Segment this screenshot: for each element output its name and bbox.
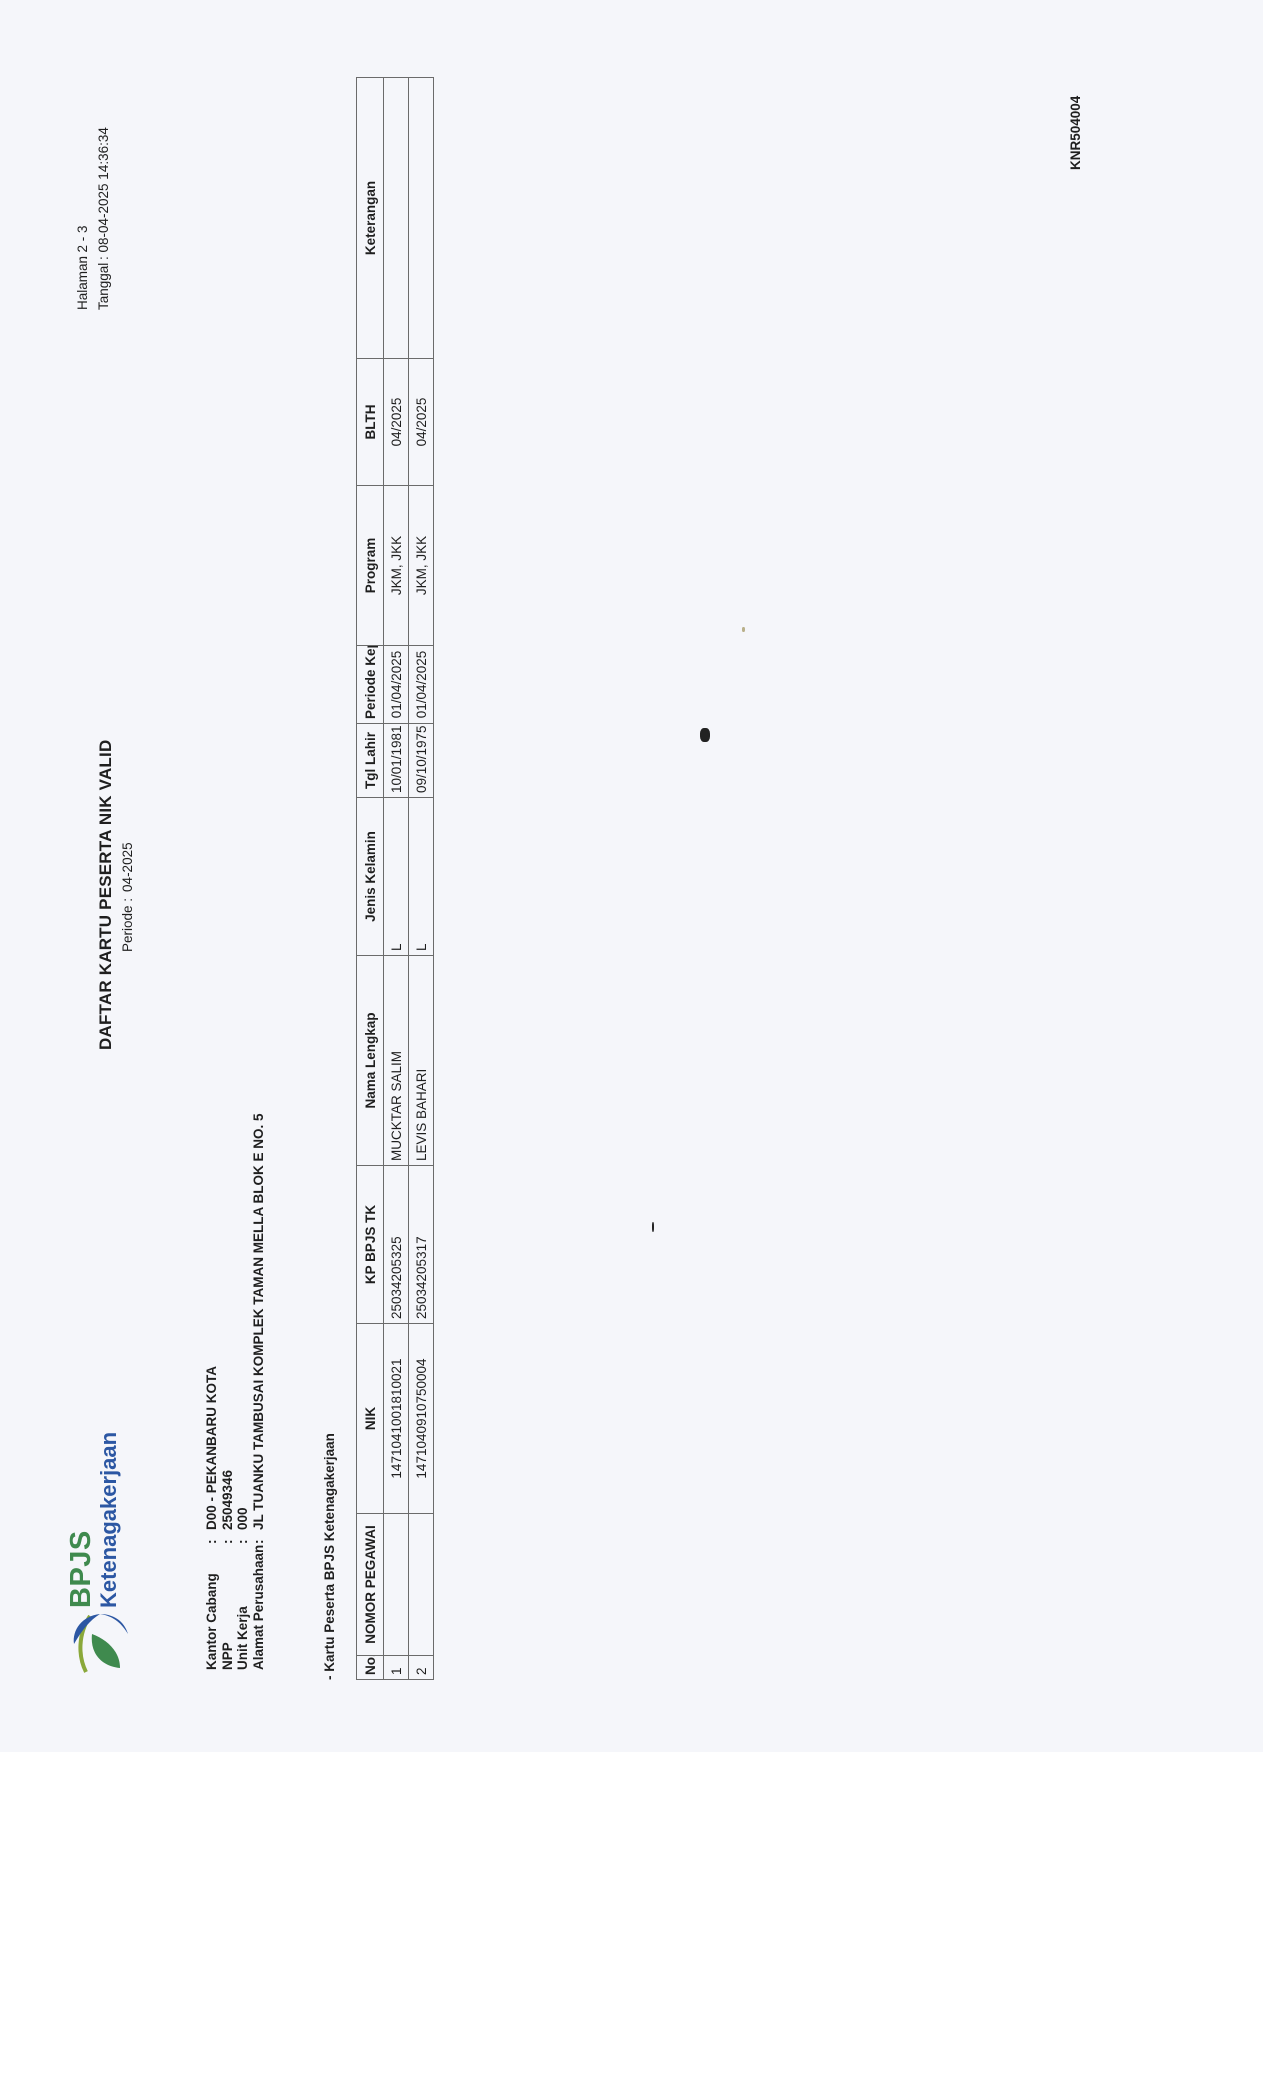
halaman-value: : 2 - 3 <box>75 225 90 260</box>
company-info: Kantor Cabang : D00 - PEKANBARU KOTA NPP… <box>204 1114 266 1671</box>
cell-nik: 1471040910750004 <box>409 1324 434 1514</box>
tanggal-row: Tanggal: 08-04-2025 14:36:34 <box>93 127 114 310</box>
col-header-blth: BLTH <box>357 359 384 486</box>
col-header-keterangan: Keterangan <box>357 78 384 359</box>
table-row: 2 1471040910750004 25034205317 LEVIS BAH… <box>409 78 434 1680</box>
bpjs-logo: BPJS Ketenagakerjaan <box>64 1374 136 1674</box>
scan-smudge <box>700 728 710 742</box>
cell-blth: 04/2025 <box>384 359 409 486</box>
info-separator: : <box>235 1530 251 1544</box>
col-header-nomor-pegawai: NOMOR PEGAWAI <box>357 1514 384 1656</box>
periode: Periode :04-2025 <box>120 842 135 952</box>
info-label: Alamat Perusahaan <box>251 1544 267 1670</box>
info-value: 25049346 <box>220 1470 236 1530</box>
halaman-row: Halaman: 2 - 3 <box>72 127 93 310</box>
cell-keterangan <box>409 78 434 359</box>
cell-tgl-lahir: 10/01/1981 <box>384 724 409 798</box>
cell-nomor-pegawai <box>409 1514 434 1656</box>
col-header-program: Program <box>357 486 384 646</box>
bpjs-leaf-icon <box>70 1612 130 1674</box>
tanggal-label: Tanggal <box>93 260 114 310</box>
scan-mark <box>652 1222 654 1232</box>
section-label: - Kartu Peserta BPJS Ketenagakerjaan <box>322 1433 337 1680</box>
info-label: NPP <box>220 1544 236 1670</box>
cell-program: JKM, JKK <box>409 486 434 646</box>
cell-nik: 1471041001810021 <box>384 1324 409 1514</box>
col-header-nama-lengkap: Nama Lengkap <box>357 956 384 1166</box>
cell-periode-keps: 01/04/2025 <box>409 646 434 724</box>
info-row-npp: NPP : 25049346 <box>220 1114 236 1671</box>
document-page: BPJS Ketenagakerjaan Kantor Cabang : D00… <box>0 0 1263 1752</box>
scan-mark <box>742 627 745 632</box>
cell-jenis-kelamin: L <box>409 798 434 956</box>
cell-no: 1 <box>384 1656 409 1680</box>
participants-table: No. NOMOR PEGAWAI NIK KP BPJS TK Nama Le… <box>356 77 434 1680</box>
cell-periode-keps: 01/04/2025 <box>384 646 409 724</box>
document-title: DAFTAR KARTU PESERTA NIK VALID <box>96 740 116 1050</box>
scanned-page: BPJS Ketenagakerjaan Kantor Cabang : D00… <box>0 0 1263 1752</box>
cell-nama-lengkap: LEVIS BAHARI <box>409 956 434 1166</box>
halaman-label: Halaman <box>72 260 93 310</box>
info-value: JL TUANKU TAMBUSAI KOMPLEK TAMAN MELLA B… <box>251 1114 267 1531</box>
cell-kp-bpjs-tk: 25034205325 <box>384 1166 409 1324</box>
col-header-periode-keps: Periode Keps <box>357 646 384 724</box>
cell-keterangan <box>384 78 409 359</box>
cell-tgl-lahir: 09/10/1975 <box>409 724 434 798</box>
form-code: KNR504004 <box>1068 96 1083 170</box>
col-header-no: No. <box>357 1656 384 1680</box>
col-header-kp-bpjs-tk: KP BPJS TK <box>357 1166 384 1324</box>
periode-value: 04-2025 <box>120 842 135 892</box>
cell-no: 2 <box>409 1656 434 1680</box>
info-separator: : <box>220 1530 236 1544</box>
periode-label: Periode : <box>120 898 135 952</box>
logo-brand-bpjs: BPJS <box>66 1530 96 1608</box>
cell-kp-bpjs-tk: 25034205317 <box>409 1166 434 1324</box>
logo-brand-ketenagakerjaan: Ketenagakerjaan <box>96 1432 122 1608</box>
page-meta: Halaman: 2 - 3 Tanggal: 08-04-2025 14:36… <box>72 127 114 310</box>
cell-program: JKM, JKK <box>384 486 409 646</box>
col-header-tgl-lahir: Tgl Lahir <box>357 724 384 798</box>
info-value: D00 - PEKANBARU KOTA <box>204 1366 220 1530</box>
table-header-row: No. NOMOR PEGAWAI NIK KP BPJS TK Nama Le… <box>357 78 384 1680</box>
table-row: 1 1471041001810021 25034205325 MUCKTAR S… <box>384 78 409 1680</box>
info-separator: : <box>204 1530 220 1544</box>
info-separator: : <box>251 1530 267 1544</box>
info-label: Unit Kerja <box>235 1544 251 1670</box>
info-row-alamat: Alamat Perusahaan : JL TUANKU TAMBUSAI K… <box>251 1114 267 1671</box>
info-row-unit-kerja: Unit Kerja : 000 <box>235 1114 251 1671</box>
info-value: 000 <box>235 1507 251 1530</box>
cell-jenis-kelamin: L <box>384 798 409 956</box>
col-header-jenis-kelamin: Jenis Kelamin <box>357 798 384 956</box>
col-header-nik: NIK <box>357 1324 384 1514</box>
cell-nomor-pegawai <box>384 1514 409 1656</box>
info-row-kantor-cabang: Kantor Cabang : D00 - PEKANBARU KOTA <box>204 1114 220 1671</box>
info-label: Kantor Cabang <box>204 1544 220 1670</box>
tanggal-value: : 08-04-2025 14:36:34 <box>96 127 111 260</box>
cell-nama-lengkap: MUCKTAR SALIM <box>384 956 409 1166</box>
cell-blth: 04/2025 <box>409 359 434 486</box>
